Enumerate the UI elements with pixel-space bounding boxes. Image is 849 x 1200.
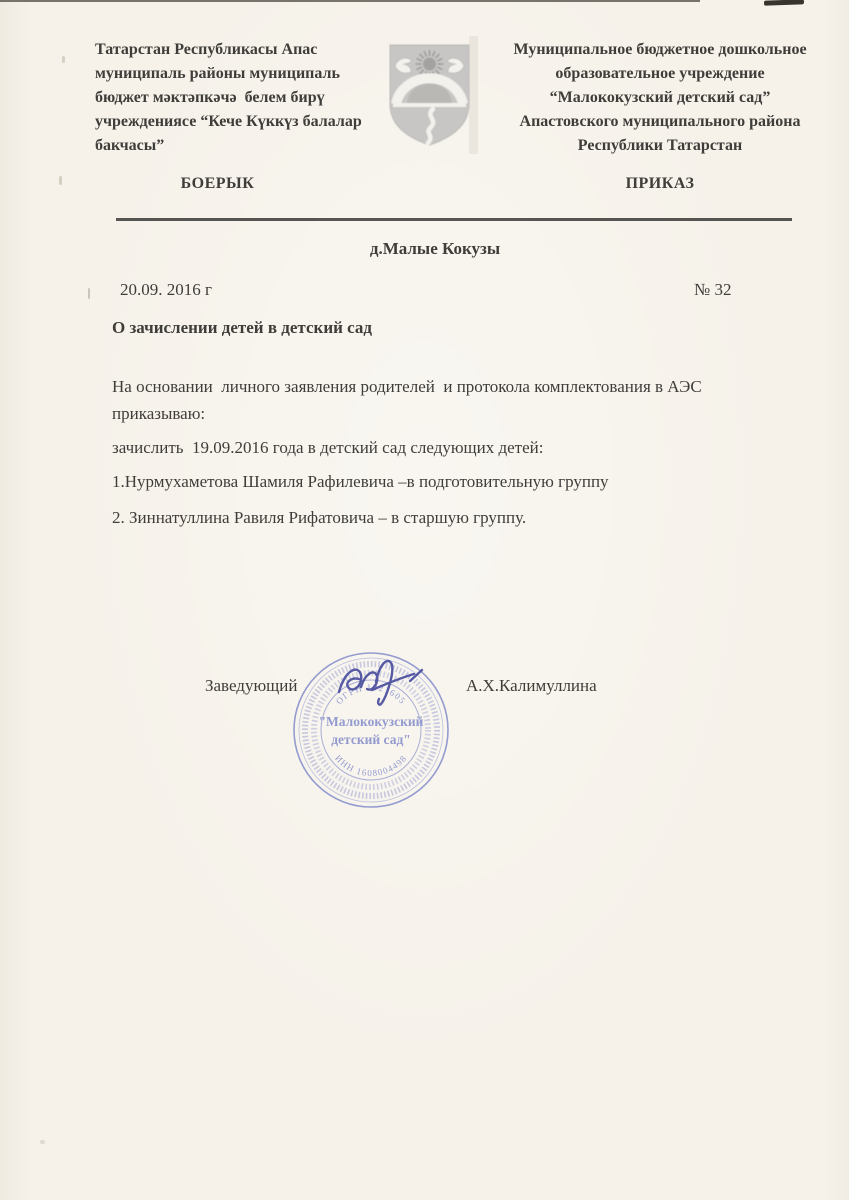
scan-edge-artifact xyxy=(0,0,700,2)
handwritten-signature xyxy=(334,654,429,710)
stamp-inn-text: ИНН 1608004498 xyxy=(333,753,409,778)
scan-mark-artifact xyxy=(764,0,804,6)
scan-speck xyxy=(62,56,65,63)
org-name-russian-line: “Малококузский детский сад” xyxy=(500,86,820,110)
signature-icon xyxy=(334,654,429,710)
scan-speck xyxy=(59,176,62,185)
org-name-russian-line: Республики Татарстан xyxy=(500,134,820,158)
enrolled-child-item: 2. Зиннатуллина Равиля Рифатовича – в ст… xyxy=(112,508,526,528)
coat-of-arms-emblem xyxy=(384,41,475,149)
org-name-tatar-line: муниципаль районы муниципаль xyxy=(95,62,365,86)
stamp-org-name-line1: "Малококузский xyxy=(319,714,424,729)
org-name-tatar-line: учреждениясе “Кече Күккүз балалар xyxy=(95,110,365,134)
letterhead-tatar: Татарстан Республикасы Апас муниципаль р… xyxy=(95,38,365,196)
coat-of-arms-icon xyxy=(384,41,475,149)
enrolled-child-item: 1.Нурмухаметова Шамиля Рафилевича –в под… xyxy=(112,472,609,492)
doc-type-tatar: БОЕРЫК xyxy=(95,172,340,196)
order-number: № 32 xyxy=(694,280,731,300)
org-name-russian-line: образовательное учреждение xyxy=(500,62,820,86)
order-date: 20.09. 2016 г xyxy=(120,280,212,300)
settlement-name: д.Малые Кокузы xyxy=(95,239,775,259)
letterhead-divider-line xyxy=(116,218,792,221)
signer-name: А.Х.Калимуллина xyxy=(466,676,597,696)
scan-speck xyxy=(40,1140,45,1144)
signer-position: Заведующий xyxy=(205,676,297,696)
scanned-document-page: Татарстан Республикасы Апас муниципаль р… xyxy=(0,0,849,1200)
doc-type-russian: ПРИКАЗ xyxy=(500,172,820,196)
org-name-russian-line: Муниципальное бюджетное дошкольное xyxy=(500,38,820,62)
org-name-tatar-line: бакчасы” xyxy=(95,134,365,158)
order-basis-paragraph: На основании личного заявления родителей… xyxy=(112,373,736,427)
order-action-paragraph: зачислить 19.09.2016 года в детский сад … xyxy=(112,438,543,458)
order-subject: О зачислении детей в детский сад xyxy=(112,318,372,338)
org-name-russian-line: Апастовского муниципального района xyxy=(500,110,820,134)
scan-speck xyxy=(88,288,90,299)
stamp-org-name-line2: детский сад" xyxy=(331,732,411,747)
letterhead-russian: Муниципальное бюджетное дошкольное образ… xyxy=(500,38,820,196)
org-name-tatar-line: Татарстан Республикасы Апас xyxy=(95,38,365,62)
org-name-tatar-line: бюджет мәктәпкәчә белем бирү xyxy=(95,86,365,110)
